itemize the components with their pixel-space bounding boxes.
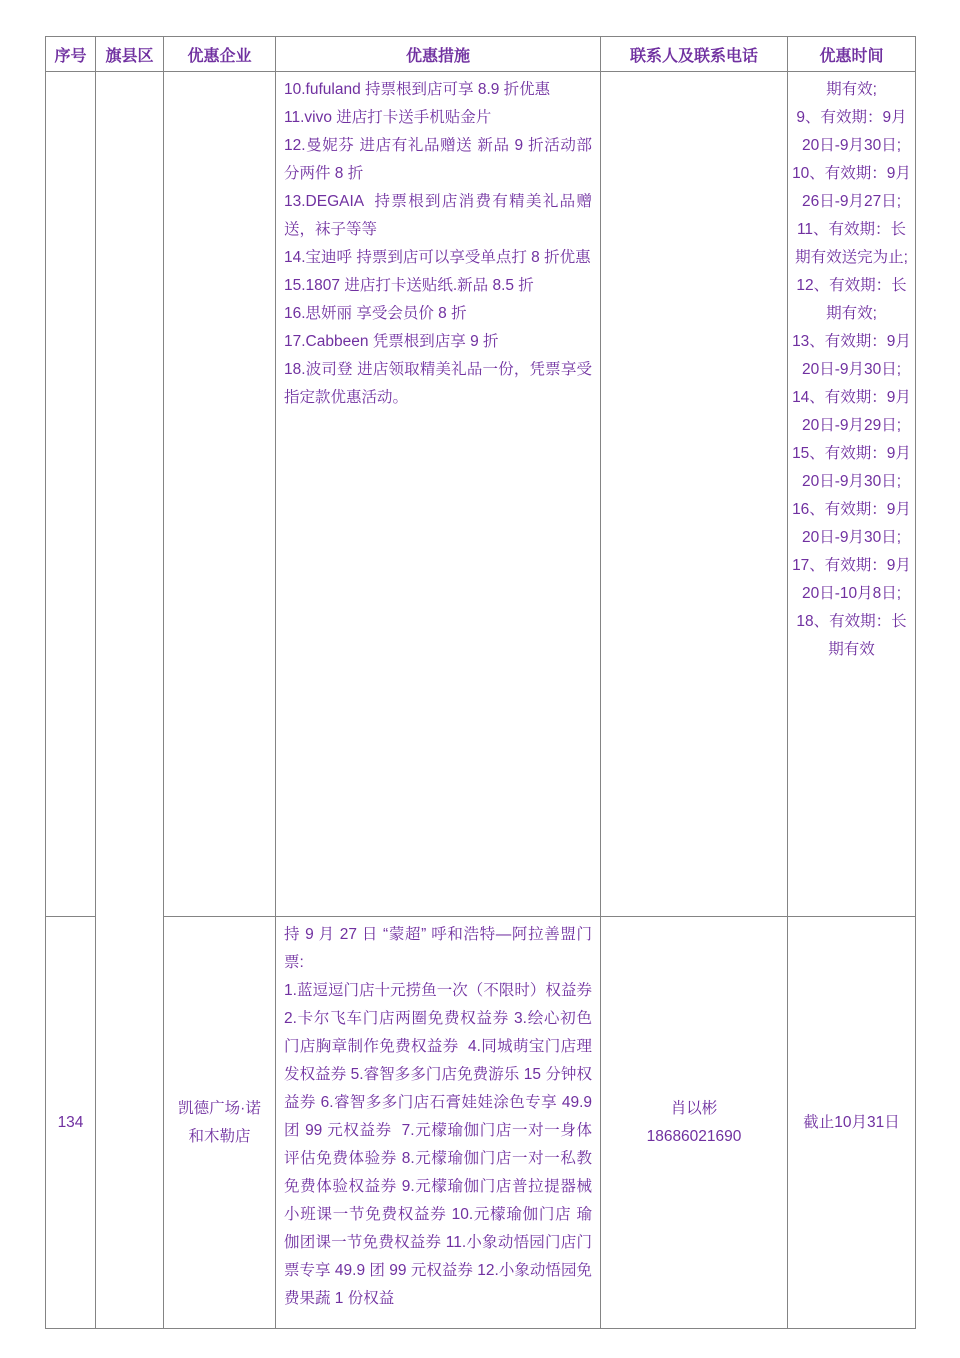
serial-cell: 134 bbox=[46, 917, 96, 1329]
header-validity: 优惠时间 bbox=[788, 37, 916, 72]
contact-cell bbox=[601, 72, 788, 917]
text-line: 持 9 月 27 日 “蒙超” 呼和浩特—阿拉善盟门票: bbox=[284, 921, 592, 977]
text-line: 14.宝迪呼 持票到店可以享受单点打 8 折优惠 bbox=[284, 244, 592, 272]
measures-cell: 10.fufuland 持票根到店可享 8.9 折优惠11.vivo 进店打卡送… bbox=[276, 72, 601, 917]
company-cell: 凯德广场·诺和木勒店 bbox=[164, 917, 276, 1329]
text-line: 15、有效期：9月20日-9月30日; bbox=[791, 440, 912, 496]
text-line: 10、有效期：9月26日-9月27日; bbox=[791, 160, 912, 216]
text-line: 13.DEGAIA 持票根到店消费有精美礼品赠送，袜子等等 bbox=[284, 188, 592, 244]
text-line: 9、有效期：9月20日-9月30日; bbox=[791, 104, 912, 160]
text-line: 13、有效期：9月20日-9月30日; bbox=[791, 328, 912, 384]
header-serial: 序号 bbox=[46, 37, 96, 72]
measures-cell: 持 9 月 27 日 “蒙超” 呼和浩特—阿拉善盟门票:1.蓝逗逗门店十元捞鱼一… bbox=[276, 917, 601, 1329]
offers-table: 序号 旗县区 优惠企业 优惠措施 联系人及联系电话 优惠时间 10.fufula… bbox=[45, 36, 916, 1329]
text-line: 17、有效期：9月20日-10月8日; bbox=[791, 552, 912, 608]
header-company: 优惠企业 bbox=[164, 37, 276, 72]
text-line: 17.Cabbeen 凭票根到店享 9 折 bbox=[284, 328, 592, 356]
header-measures: 优惠措施 bbox=[276, 37, 601, 72]
text-line: 12.曼妮芬 进店有礼品赠送 新品 9 折活动部分两件 8 折 bbox=[284, 132, 592, 188]
contact-phone: 18686021690 bbox=[609, 1123, 779, 1151]
text-line: 10.fufuland 持票根到店可享 8.9 折优惠 bbox=[284, 76, 592, 104]
header-district: 旗县区 bbox=[96, 37, 164, 72]
text-line: 18.波司登 进店领取精美礼品一份，凭票享受指定款优惠活动。 bbox=[284, 356, 592, 412]
validity-cell: 期有效;9、有效期：9月20日-9月30日;10、有效期：9月26日-9月27日… bbox=[788, 72, 916, 917]
text-line: 14、有效期：9月20日-9月29日; bbox=[791, 384, 912, 440]
text-line: 18、有效期：长期有效 bbox=[791, 608, 912, 664]
district-cell bbox=[96, 72, 164, 1329]
validity-cell: 截止10月31日 bbox=[788, 917, 916, 1329]
text-line: 12、有效期：长期有效; bbox=[791, 272, 912, 328]
text-line: 11、有效期：长期有效送完为止; bbox=[791, 216, 912, 272]
text-line: 期有效; bbox=[791, 76, 912, 104]
contact-cell: 肖以彬 18686021690 bbox=[601, 917, 788, 1329]
text-line: 15.1807 进店打卡送贴纸.新品 8.5 折 bbox=[284, 272, 592, 300]
text-line: 1.蓝逗逗门店十元捞鱼一次（不限时）权益券 2.卡尔飞车门店两圈免费权益券 3.… bbox=[284, 977, 592, 1313]
text-line: 11.vivo 进店打卡送手机贴金片 bbox=[284, 104, 592, 132]
table-row-continued: 10.fufuland 持票根到店可享 8.9 折优惠11.vivo 进店打卡送… bbox=[46, 72, 916, 917]
serial-cell bbox=[46, 72, 96, 917]
document-page: 序号 旗县区 优惠企业 优惠措施 联系人及联系电话 优惠时间 10.fufula… bbox=[0, 0, 960, 1358]
contact-name: 肖以彬 bbox=[609, 1095, 779, 1123]
company-cell bbox=[164, 72, 276, 917]
text-line: 16、有效期：9月20日-9月30日; bbox=[791, 496, 912, 552]
header-contact: 联系人及联系电话 bbox=[601, 37, 788, 72]
table-row-134: 134 凯德广场·诺和木勒店 持 9 月 27 日 “蒙超” 呼和浩特—阿拉善盟… bbox=[46, 917, 916, 1329]
text-line: 16.思妍丽 享受会员价 8 折 bbox=[284, 300, 592, 328]
table-header-row: 序号 旗县区 优惠企业 优惠措施 联系人及联系电话 优惠时间 bbox=[46, 37, 916, 72]
